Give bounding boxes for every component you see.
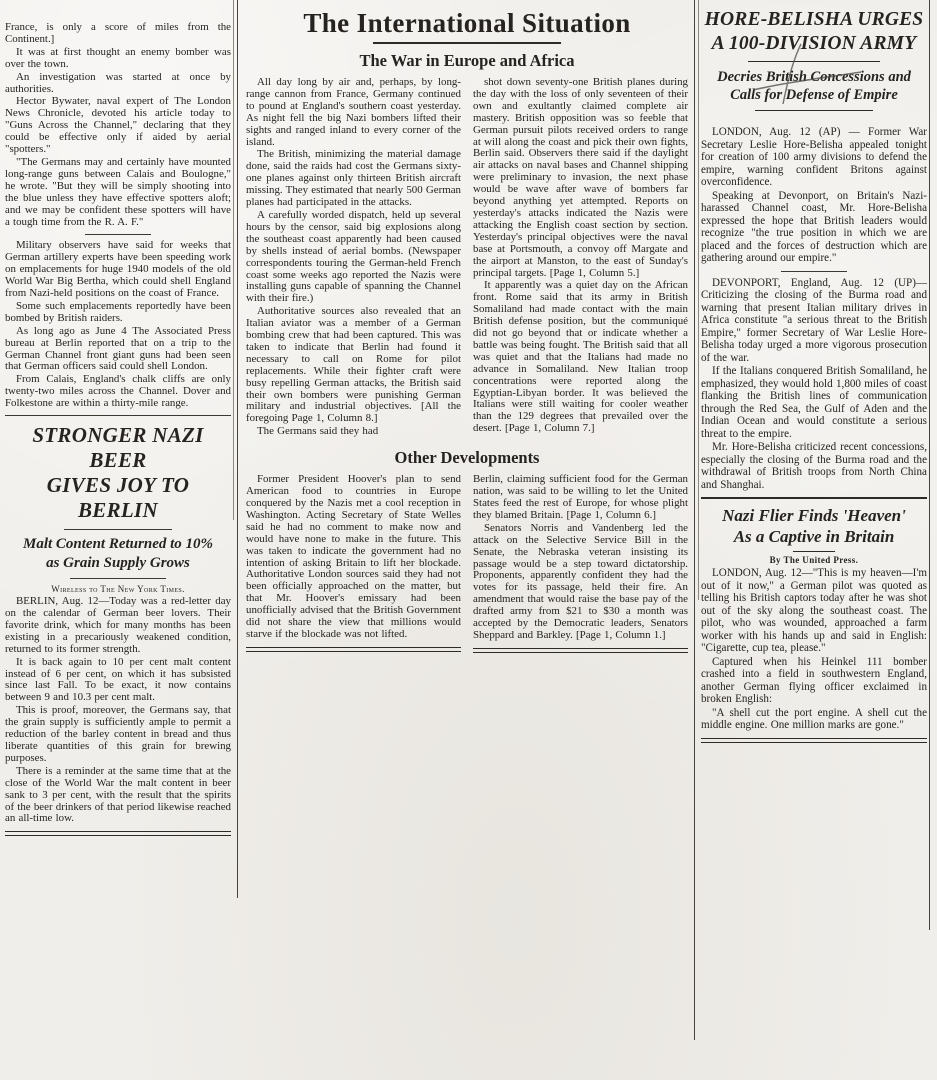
headline-rule <box>793 551 835 552</box>
article-paragraph: Some such emplacements reportedly have b… <box>5 301 231 325</box>
column-rule-center-inner <box>698 0 699 600</box>
other-developments-title: Other Developments <box>246 448 688 467</box>
article-paragraph: Hector Bywater, naval expert of The Lond… <box>5 96 231 156</box>
article-paragraph: Authoritative sources also revealed that… <box>246 306 461 425</box>
wire-credit: By The United Press. <box>701 555 927 565</box>
other-column-2: Berlin, claiming sufficient food for the… <box>473 474 688 653</box>
article-paragraph: An investigation was started at once by … <box>5 72 231 96</box>
nazi-flier-headline-line2: As a Captive in Britain <box>701 526 927 547</box>
article-paragraph: Speaking at Devonport, on Britain's Nazi… <box>701 190 927 265</box>
column-rule-left <box>237 0 238 898</box>
article-paragraph: It apparently was a quiet day on the Afr… <box>473 280 688 435</box>
beer-article-subhead-line2: as Grain Supply Grows <box>5 554 231 573</box>
column-rule-center <box>694 0 695 1040</box>
newspaper-page: France, is only a score of miles from th… <box>0 0 937 1080</box>
left-column: France, is only a score of miles from th… <box>5 0 231 836</box>
article-paragraph: A carefully worded dispatch, held up sev… <box>246 210 461 305</box>
article-paragraph: France, is only a score of miles from th… <box>5 22 231 46</box>
subhead-rule <box>755 110 873 111</box>
article-paragraph: Military observers have said for weeks t… <box>5 240 231 300</box>
article-end-rule <box>5 831 231 836</box>
article-paragraph: BERLIN, Aug. 12—Today was a red-letter d… <box>5 596 231 656</box>
article-paragraph: If the Italians conquered British Somali… <box>701 365 927 440</box>
article-top-rule <box>5 415 231 416</box>
article-paragraph: shot down seventy-one British planes dur… <box>473 77 688 279</box>
main-headline: The International Situation <box>246 0 688 38</box>
beer-article-headline-line2: GIVES JOY TO BERLIN <box>5 473 231 523</box>
article-paragraph: DEVONPORT, England, Aug. 12 (UP)—Critici… <box>701 277 927 365</box>
wire-credit: Wireless to The New York Times. <box>5 584 231 594</box>
war-section-title: The War in Europe and Africa <box>246 51 688 70</box>
section-divider <box>85 234 151 235</box>
article-end-rule <box>701 738 927 743</box>
hore-belisha-headline-line1: HORE-BELISHA URGES <box>701 8 927 32</box>
article-paragraph: The British, minimizing the material dam… <box>246 149 461 209</box>
article-end-rule <box>246 647 461 652</box>
article-paragraph: Mr. Hore-Belisha criticized recent conce… <box>701 441 927 491</box>
article-paragraph: From Calais, England's chalk cliffs are … <box>5 374 231 410</box>
article-paragraph: All day long by air and, perhaps, by lon… <box>246 77 461 148</box>
other-column-1: Former President Hoover's plan to send A… <box>246 474 461 653</box>
article-paragraph: This is proof, moreover, the Germans say… <box>5 705 231 765</box>
article-paragraph: The Germans said they had <box>246 426 461 438</box>
war-column-2: shot down seventy-one British planes dur… <box>473 77 688 439</box>
section-divider <box>781 271 847 272</box>
hore-belisha-subhead-line1: Decries British Concessions and <box>701 68 927 86</box>
beer-article-subhead-line1: Malt Content Returned to 10% <box>5 535 231 554</box>
article-paragraph: It was at first thought an enemy bomber … <box>5 47 231 71</box>
hore-belisha-headline-line2: A 100-DIVISION ARMY <box>701 32 927 56</box>
column-rule-right-edge <box>929 0 930 930</box>
article-paragraph: There is a reminder at the same time tha… <box>5 766 231 826</box>
headline-rule <box>64 529 172 530</box>
article-paragraph: LONDON, Aug. 12—"This is my heaven—I'm o… <box>701 567 927 655</box>
war-column-1: All day long by air and, perhaps, by lon… <box>246 77 461 439</box>
other-columns: Former President Hoover's plan to send A… <box>246 474 688 653</box>
beer-article-headline-line1: STRONGER NAZI BEER <box>5 423 231 473</box>
article-end-rule <box>473 648 688 653</box>
article-paragraph: LONDON, Aug. 12 (AP) — Former War Secret… <box>701 126 927 189</box>
article-paragraph: As long ago as June 4 The Associated Pre… <box>5 326 231 374</box>
center-section: The International Situation The War in E… <box>246 0 688 653</box>
nazi-flier-headline-line1: Nazi Flier Finds 'Heaven' <box>701 505 927 526</box>
article-end-rule <box>701 497 927 499</box>
main-headline-rule <box>373 42 561 44</box>
article-paragraph: Berlin, claiming sufficient food for the… <box>473 474 688 522</box>
right-column: HORE-BELISHA URGES A 100-DIVISION ARMY D… <box>701 0 927 743</box>
article-paragraph: Senators Norris and Vandenberg led the a… <box>473 523 688 642</box>
subhead-rule <box>70 578 166 579</box>
headline-rule <box>748 61 880 62</box>
war-columns: All day long by air and, perhaps, by lon… <box>246 77 688 439</box>
article-paragraph: "A shell cut the port engine. A shell cu… <box>701 707 927 732</box>
article-paragraph: It is back again to 10 per cent malt con… <box>5 657 231 705</box>
article-paragraph: Former President Hoover's plan to send A… <box>246 474 461 641</box>
column-rule-left-inner <box>233 0 234 520</box>
article-paragraph: Captured when his Heinkel 111 bomber cra… <box>701 656 927 706</box>
hore-belisha-subhead-line2: Calls for Defense of Empire <box>701 86 927 104</box>
article-paragraph: "The Germans may and certainly have moun… <box>5 157 231 228</box>
